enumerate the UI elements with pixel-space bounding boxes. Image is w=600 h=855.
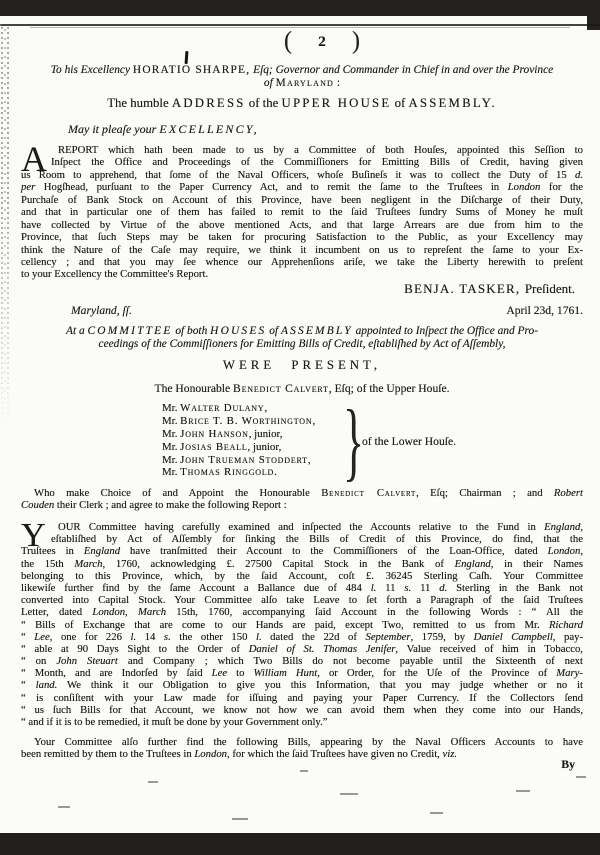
- committee-report-paragraph: OUR Committee having carefully examined …: [21, 521, 583, 728]
- address-heading-line1: To his Excellency HORATIO SHARPE, Eſq; G…: [21, 64, 583, 76]
- dateline-date: April 23d, 1761.: [506, 304, 583, 317]
- scan-noise: [300, 770, 308, 772]
- scan-border-bottom: [0, 833, 600, 855]
- report-paragraph: REPORT which hath been made to us by a C…: [21, 144, 583, 281]
- page-number-paren-left: (: [284, 27, 292, 55]
- ink-blot: [185, 51, 188, 64]
- scan-noise: [430, 812, 443, 814]
- dateline: Maryland, ſſ. April 23d, 1761.: [21, 304, 583, 317]
- scan-border-top: [0, 0, 600, 16]
- president-signature: BENJA. TASKER, Preſident.: [404, 281, 575, 297]
- scan-noise: [576, 776, 586, 778]
- scan-noise: [232, 818, 248, 820]
- address-heading-line2: of Maryland :: [21, 77, 583, 89]
- appointment-paragraph: Who make Choice of and Appoint the Honou…: [21, 487, 583, 511]
- session-heading-line1: At a COMMITTEE of both HOUSES of ASSEMBL…: [21, 325, 583, 338]
- attendee-list: Mr. Walter Dulany,Mr. Brice T. B. Worthi…: [162, 402, 315, 479]
- upper-house-member: The Honourable Benedict Calvert, Eſq; of…: [21, 382, 583, 395]
- scan-noise-fade: [0, 200, 10, 460]
- scan-noise: [148, 781, 158, 783]
- were-present-heading: WERE PRESENT,: [21, 358, 583, 373]
- scan-noise: [58, 806, 70, 808]
- page-number-paren-right: ): [352, 27, 360, 55]
- scan-noise: [516, 790, 530, 792]
- session-heading: At a COMMITTEE of both HOUSES of ASSEMBL…: [21, 325, 583, 351]
- dateline-place: Maryland, ſſ.: [71, 304, 132, 317]
- page-number: ( 2 ): [284, 28, 360, 55]
- scan-noise: [340, 793, 358, 795]
- page-rule: [0, 24, 600, 26]
- salutation: May it pleaſe your EXCELLENCY,: [68, 122, 468, 137]
- document-page: ( 2 ) To his Excellency HORATIO SHARPE, …: [0, 0, 600, 855]
- address-title: The humble ADDRESS of the UPPER HOUSE of…: [21, 96, 583, 111]
- brace-icon: }: [343, 398, 364, 486]
- page-number-value: 2: [318, 32, 326, 51]
- catchword: By: [561, 757, 575, 772]
- lower-house-label: of the Lower Houſe.: [362, 435, 456, 448]
- session-heading-line2: ceedings of the Commiſſioners for Emitti…: [21, 338, 583, 351]
- closing-paragraph: Your Committee alſo further find the fol…: [21, 736, 583, 761]
